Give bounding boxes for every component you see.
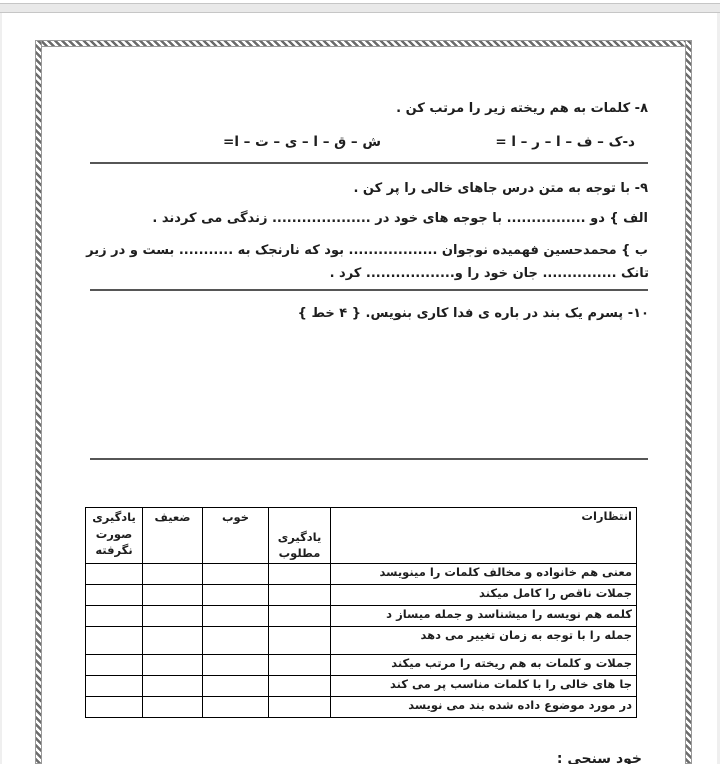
rating-cell <box>203 564 269 585</box>
expectation-text: جملات و کلمات به هم ریخته را مرتب میکند <box>331 655 637 676</box>
table-row: جا های خالی را با کلمات مناسب پر می کند <box>86 676 637 697</box>
rating-cell <box>143 564 203 585</box>
rating-cell <box>86 655 143 676</box>
table-row: جمله را با توجه به زمان تغییر می دهد <box>86 627 637 655</box>
expectation-text: جملات ناقص را کامل میکند <box>331 585 637 606</box>
table-row: معنی هم خانواده و مخالف کلمات را مینویسد <box>86 564 637 585</box>
table-header-row: انتظارات یادگیری مطلوب خوب ضعیف یادگیری … <box>86 508 637 564</box>
header-good: خوب <box>203 508 269 564</box>
page-border-top <box>35 40 692 47</box>
rating-cell <box>269 564 331 585</box>
question-9-title: ۹- با توجه به متن درس جاهای خالی را پر ک… <box>353 181 648 196</box>
rating-cell <box>86 564 143 585</box>
page-border-right <box>685 40 692 764</box>
expectation-text: در مورد موضوع داده شده بند می نویسد <box>331 697 637 718</box>
expectation-text: معنی هم خانواده و مخالف کلمات را مینویسد <box>331 564 637 585</box>
rating-cell <box>143 697 203 718</box>
rating-cell <box>269 606 331 627</box>
question-9-part-b-line2: تانک ............... جان خود را و.......… <box>330 266 649 281</box>
rating-cell <box>203 676 269 697</box>
page-left-edge <box>0 13 2 764</box>
header-weak: ضعیف <box>143 508 203 564</box>
table-row: در مورد موضوع داده شده بند می نویسد <box>86 697 637 718</box>
rating-cell <box>203 606 269 627</box>
rating-cell <box>143 676 203 697</box>
question-8-title: ۸- کلمات به هم ریخته زیر را مرتب کن . <box>396 101 648 116</box>
expectation-text: جمله را با توجه به زمان تغییر می دهد <box>331 627 637 655</box>
question-8-letters-left: ش – ق – ا – ی – ت – ا= <box>223 134 381 150</box>
rating-cell <box>203 585 269 606</box>
page-border-left <box>35 40 42 764</box>
rating-cell <box>269 627 331 655</box>
rating-cell <box>143 606 203 627</box>
rating-cell <box>269 676 331 697</box>
expectation-text: کلمه هم نویسه را میشناسد و جمله میساز د <box>331 606 637 627</box>
rating-cell <box>86 627 143 655</box>
rating-cell <box>269 655 331 676</box>
answer-rule-2 <box>90 289 648 291</box>
question-9-part-a: الف } دو ................ با جوجه های خو… <box>152 211 648 226</box>
rating-cell <box>86 676 143 697</box>
question-8-letters-right: د-ک – ف – ا – ر – ا = <box>495 134 635 150</box>
table-row: کلمه هم نویسه را میشناسد و جمله میساز د <box>86 606 637 627</box>
header-expectations: انتظارات <box>331 508 637 564</box>
rating-cell <box>143 585 203 606</box>
answer-rule-1 <box>90 162 648 164</box>
table-row: جملات ناقص را کامل میکند <box>86 585 637 606</box>
rating-cell <box>143 655 203 676</box>
page-gap-band <box>0 3 720 13</box>
rating-cell <box>203 655 269 676</box>
answer-rule-3 <box>90 458 648 460</box>
rating-cell <box>86 606 143 627</box>
assessment-table: انتظارات یادگیری مطلوب خوب ضعیف یادگیری … <box>85 507 637 718</box>
rating-cell <box>269 697 331 718</box>
expectation-text: جا های خالی را با کلمات مناسب پر می کند <box>331 676 637 697</box>
rating-cell <box>203 697 269 718</box>
question-9-part-b-line1: ب } محمدحسین فهمیده نوجوان .............… <box>86 243 648 258</box>
self-assessment-heading-partial: خود سنجی : <box>557 751 642 764</box>
question-10-title: ۱۰- پسرم یک بند در باره ی فدا کاری بنویس… <box>298 306 649 321</box>
document-viewer: { "page": { "type": "persian-exam-worksh… <box>0 0 720 764</box>
header-desired-learning: یادگیری مطلوب <box>269 508 331 564</box>
rating-cell <box>86 697 143 718</box>
table-row: جملات و کلمات به هم ریخته را مرتب میکند <box>86 655 637 676</box>
header-not-learned: یادگیری صورت نگرفته <box>86 508 143 564</box>
rating-cell <box>143 627 203 655</box>
rating-cell <box>269 585 331 606</box>
rating-cell <box>203 627 269 655</box>
rating-cell <box>86 585 143 606</box>
